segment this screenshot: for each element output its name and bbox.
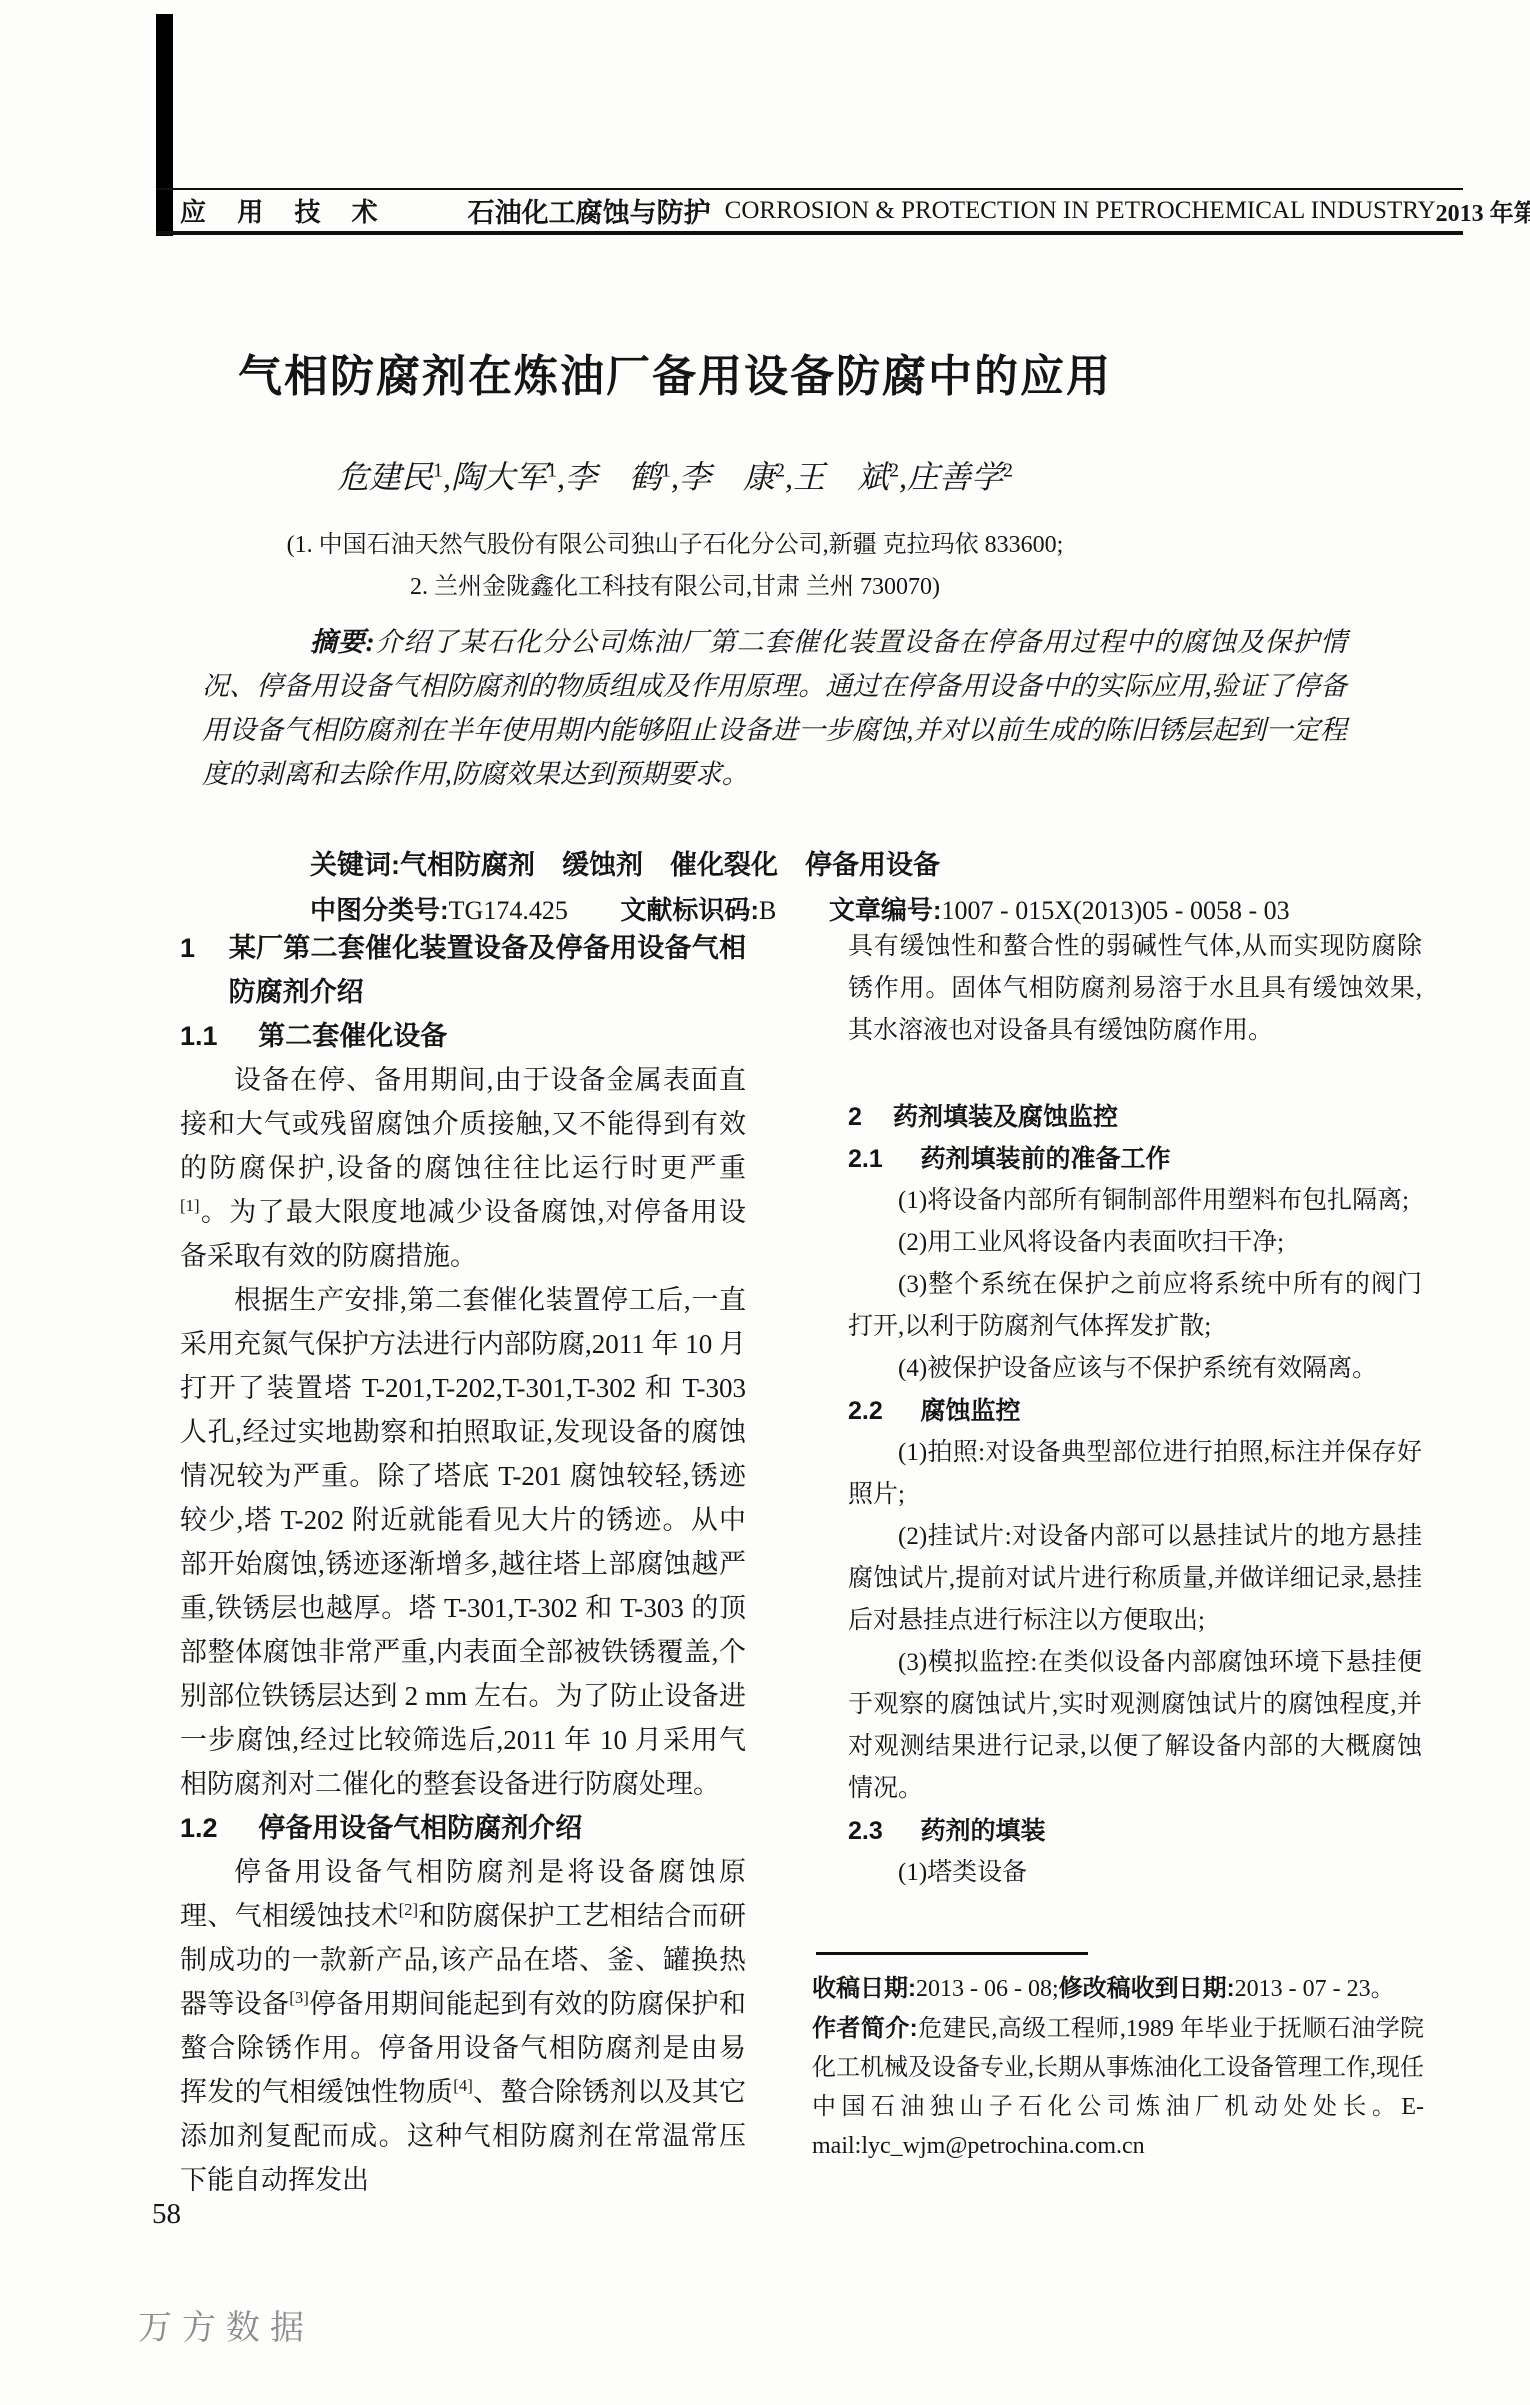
doc-code-value: B xyxy=(759,896,776,925)
section-title: 腐蚀监控 xyxy=(921,1397,1021,1425)
affiliation-line: (1. 中国石油天然气股份有限公司独山子石化分公司,新疆 克拉玛依 833600… xyxy=(120,524,1230,566)
author-name: 李 鹤 xyxy=(565,459,661,495)
paragraph: 根据生产安排,第二套催化装置停工后,一直采用充氮气保护方法进行内部防腐,2011… xyxy=(180,1278,746,1806)
classification-line: 中图分类号:TG174.425 文献标识码:B 文章编号:1007 - 015X… xyxy=(310,890,1290,927)
paragraph: 具有缓蚀性和螯合性的弱碱性气体,从而实现防腐除锈作用。固体气相防腐剂易溶于水且具… xyxy=(848,926,1422,1052)
author-affiliation-ref: 2 xyxy=(889,459,899,481)
doc-code-label: 文献标识码: xyxy=(620,895,759,925)
right-column: 具有缓蚀性和螯合性的弱碱性气体,从而实现防腐除锈作用。固体气相防腐剂易溶于水且具… xyxy=(848,926,1422,1894)
section-title: 停备用设备气相防腐剂介绍 xyxy=(258,1813,582,1843)
paragraph: (1)将设备内部所有铜制部件用塑料布包扎隔离; xyxy=(848,1180,1422,1222)
paragraph: (1)塔类设备 xyxy=(848,1852,1422,1894)
footnote-divider xyxy=(816,1952,1088,1955)
journal-title-en: CORROSION & PROTECTION IN PETROCHEMICAL … xyxy=(725,197,1436,225)
page-number: 58 xyxy=(152,2198,181,2231)
paragraph: 停备用设备气相防腐剂是将设备腐蚀原理、气相缓蚀技术[2]和防腐保护工艺相结合而研… xyxy=(180,1850,746,2202)
section-heading: 2.1药剂填装前的准备工作 xyxy=(848,1138,1422,1180)
article-id-value: 1007 - 015X(2013)05 - 0058 - 03 xyxy=(942,896,1290,925)
author-affiliation-ref: 2 xyxy=(1003,459,1013,481)
section-number: 2 xyxy=(848,1096,893,1138)
footnote-label: 收稿日期: xyxy=(812,1975,916,2002)
section-number: 1 xyxy=(180,926,229,970)
paragraph: (2)用工业风将设备内表面吹扫干净; xyxy=(848,1222,1422,1264)
section-heading: 2.2腐蚀监控 xyxy=(848,1390,1422,1432)
keywords-line: 关键词:气相防腐剂 缓蚀剂 催化裂化 停备用设备 xyxy=(310,843,940,882)
section-number: 2.3 xyxy=(848,1810,921,1852)
author-affiliation-ref: 1 xyxy=(433,459,443,481)
column-section-label: 应 用 技 术 xyxy=(180,192,390,229)
article-id-label: 文章编号: xyxy=(829,895,942,925)
journal-header: 应 用 技 术 石油化工腐蚀与防护 CORROSION & PROTECTION… xyxy=(156,188,1463,235)
footnote-line: 收稿日期:2013 - 06 - 08;修改稿收到日期:2013 - 07 - … xyxy=(812,1969,1424,2009)
author-separator: , xyxy=(785,459,793,495)
paper-page: 应 用 技 术 石油化工腐蚀与防护 CORROSION & PROTECTION… xyxy=(0,0,1530,2405)
abstract-label: 摘要: xyxy=(310,627,375,657)
author-list: 危建民1,陶大军1,李 鹤1,李 康2,王 斌2,庄善学2 xyxy=(120,452,1230,498)
author-separator: , xyxy=(557,459,565,495)
left-column: 1某厂第二套催化装置设备及停备用设备气相防腐剂介绍1.1第二套催化设备设备在停、… xyxy=(180,926,746,2202)
section-heading: 1.2停备用设备气相防腐剂介绍 xyxy=(180,1806,746,1850)
section-heading: 1.1第二套催化设备 xyxy=(180,1014,746,1058)
journal-issue-info: 2013 年第30卷 第5期 xyxy=(1436,193,1530,228)
section-title: 第二套催化设备 xyxy=(258,1021,447,1051)
section-title: 药剂的填装 xyxy=(921,1817,1046,1845)
article-title: 气相防腐剂在炼油厂备用设备防腐中的应用 xyxy=(120,340,1230,404)
author-separator: , xyxy=(899,459,907,495)
section-heading: 1某厂第二套催化装置设备及停备用设备气相防腐剂介绍 xyxy=(180,926,746,1014)
author-affiliation-ref: 1 xyxy=(547,459,557,481)
section-number: 2.1 xyxy=(848,1138,921,1180)
author-affiliation-ref: 1 xyxy=(661,459,671,481)
paragraph: (3)整个系统在保护之前应将系统中所有的阀门打开,以利于防腐剂气体挥发扩散; xyxy=(848,1264,1422,1348)
author-name: 庄善学 xyxy=(907,459,1003,495)
clc-label: 中图分类号: xyxy=(310,895,449,925)
paragraph: (1)拍照:对设备典型部位进行拍照,标注并保存好照片; xyxy=(848,1432,1422,1516)
section-number: 1.1 xyxy=(180,1014,258,1058)
footnote-label: 修改稿收到日期: xyxy=(1059,1975,1235,2002)
author-affiliation-ref: 2 xyxy=(775,459,785,481)
section-number: 1.2 xyxy=(180,1806,258,1850)
journal-title-cn: 石油化工腐蚀与防护 xyxy=(468,191,711,230)
section-title: 药剂填装及腐蚀监控 xyxy=(893,1103,1118,1131)
section-number: 2.2 xyxy=(848,1390,921,1432)
abstract-block: 摘要:介绍了某石化分公司炼油厂第二套催化装置设备在停备用过程中的腐蚀及保护情况、… xyxy=(202,620,1347,796)
section-title: 药剂填装前的准备工作 xyxy=(921,1145,1171,1173)
footnote-lines: 收稿日期:2013 - 06 - 08;修改稿收到日期:2013 - 07 - … xyxy=(812,1969,1424,2166)
section-title: 某厂第二套催化装置设备及停备用设备气相防腐剂介绍 xyxy=(229,933,746,1007)
section-heading: 2药剂填装及腐蚀监控 xyxy=(848,1096,1422,1138)
author-name: 李 康 xyxy=(679,459,775,495)
abstract-text: 介绍了某石化分公司炼油厂第二套催化装置设备在停备用过程中的腐蚀及保护情况、停备用… xyxy=(202,627,1347,789)
keywords-text: 气相防腐剂 缓蚀剂 催化裂化 停备用设备 xyxy=(400,850,940,880)
citation-ref: [4] xyxy=(453,2076,473,2095)
author-separator: , xyxy=(671,459,679,495)
author-name: 王 斌 xyxy=(793,459,889,495)
section-heading: 2.3药剂的填装 xyxy=(848,1810,1422,1852)
affiliation-list: (1. 中国石油天然气股份有限公司独山子石化分公司,新疆 克拉玛依 833600… xyxy=(120,524,1230,608)
paragraph: 设备在停、备用期间,由于设备金属表面直接和大气或残留腐蚀介质接触,又不能得到有效… xyxy=(180,1058,746,1278)
footnote-line: 作者简介:危建民,高级工程师,1989 年毕业于抚顺石油学院化工机械及设备专业,… xyxy=(812,2009,1424,2166)
citation-ref: [2] xyxy=(399,1900,419,1919)
citation-ref: [1] xyxy=(180,1196,200,1215)
affiliation-line: 2. 兰州金陇鑫化工科技有限公司,甘肃 兰州 730070) xyxy=(120,566,1230,608)
paragraph: (4)被保护设备应该与不保护系统有效隔离。 xyxy=(848,1348,1422,1390)
author-separator: , xyxy=(443,459,451,495)
author-name: 陶大军 xyxy=(451,459,547,495)
author-name: 危建民 xyxy=(337,459,433,495)
keywords-label: 关键词: xyxy=(310,850,400,880)
citation-ref: [3] xyxy=(289,1988,309,2007)
watermark: 万方数据 xyxy=(138,2300,314,2349)
clc-value: TG174.425 xyxy=(449,896,568,925)
footnote-block: 收稿日期:2013 - 06 - 08;修改稿收到日期:2013 - 07 - … xyxy=(812,1952,1424,2166)
footnote-label: 作者简介: xyxy=(812,2015,918,2042)
paragraph: (2)挂试片:对设备内部可以悬挂试片的地方悬挂腐蚀试片,提前对试片进行称质量,并… xyxy=(848,1516,1422,1642)
paragraph: (3)模拟监控:在类似设备内部腐蚀环境下悬挂便于观察的腐蚀试片,实时观测腐蚀试片… xyxy=(848,1642,1422,1810)
